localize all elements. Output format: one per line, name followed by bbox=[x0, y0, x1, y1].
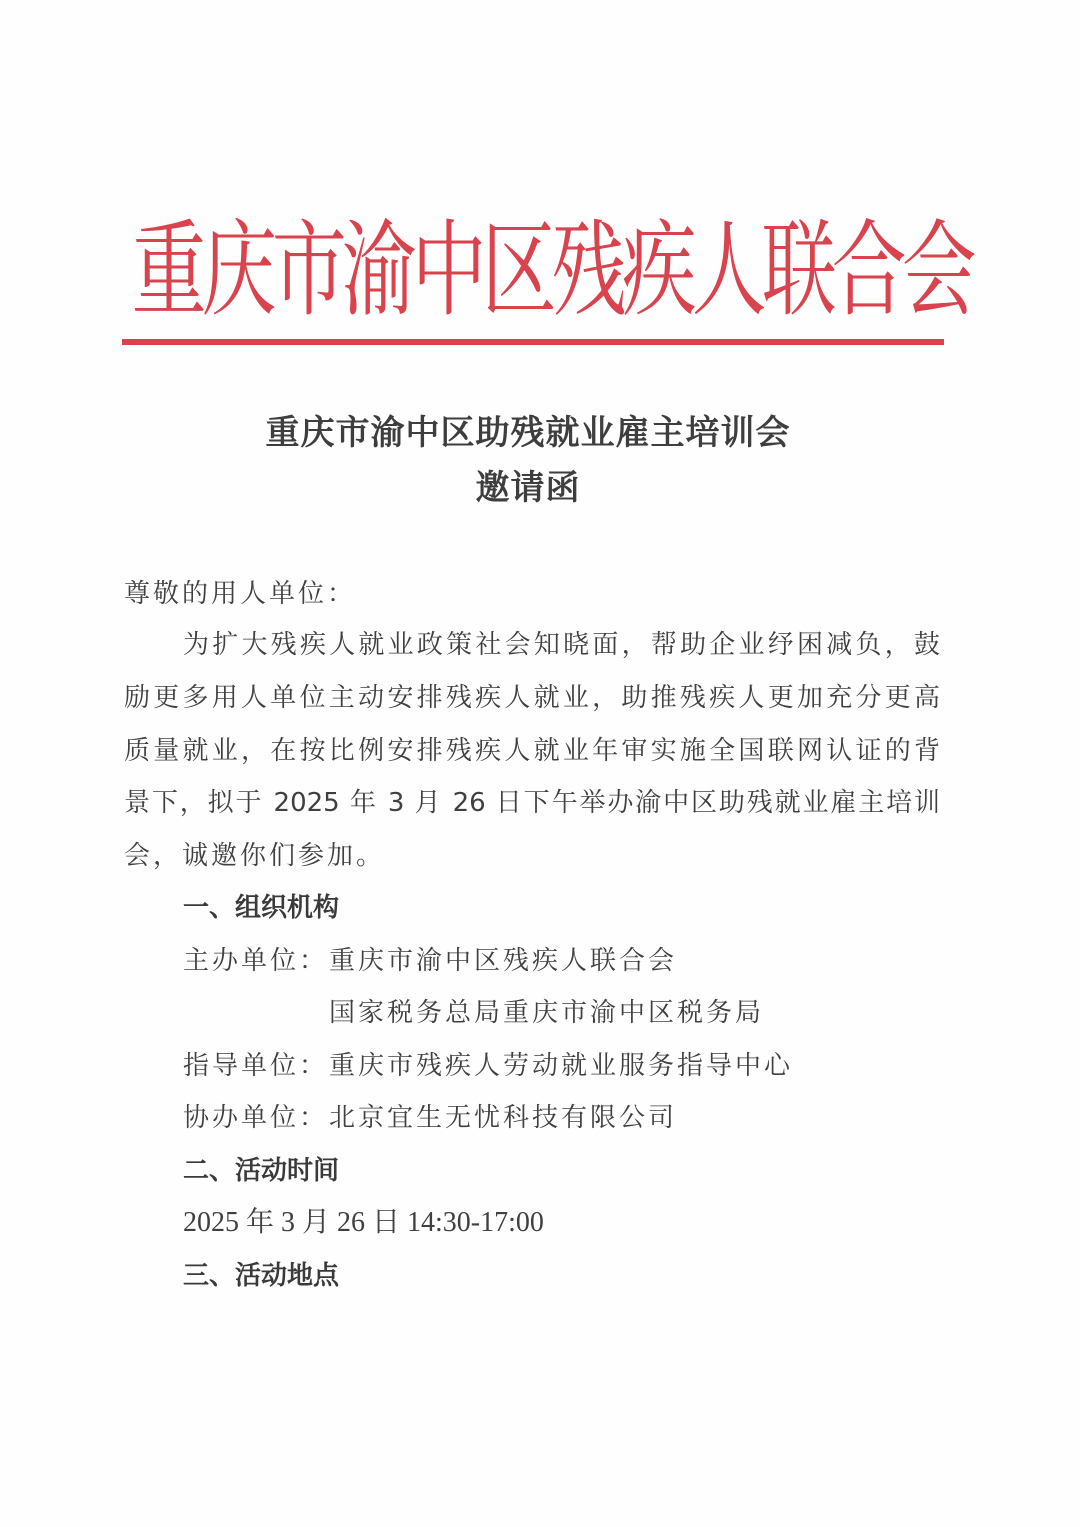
letterhead-char: 残 bbox=[552, 205, 602, 335]
letterhead-char: 疾 bbox=[622, 205, 672, 335]
host-name-secondary: 国家税务总局重庆市渝中区税务局 bbox=[329, 996, 764, 1030]
guide-name: 重庆市残疾人劳动就业服务指导中心 bbox=[329, 1051, 793, 1081]
letterhead-char: 庆 bbox=[202, 205, 252, 335]
guide-row: 指导单位：重庆市残疾人劳动就业服务指导中心 bbox=[183, 1049, 793, 1083]
host-row: 主办单位：重庆市渝中区残疾人联合会 bbox=[183, 944, 677, 978]
paragraph-line: 为扩大残疾人就业政策社会知晓面，帮助企业纾困减负，鼓 bbox=[183, 628, 940, 662]
document-title: 重庆市渝中区助残就业雇主培训会 bbox=[0, 405, 1068, 454]
section-heading-location: 三、活动地点 bbox=[183, 1259, 339, 1293]
letterhead-char: 市 bbox=[272, 205, 322, 335]
letterhead-char: 合 bbox=[832, 205, 882, 335]
host-name: 重庆市渝中区残疾人联合会 bbox=[329, 946, 677, 976]
co-organizer-name: 北京宜生无忧科技有限公司 bbox=[329, 1103, 677, 1133]
paragraph-line: 励更多用人单位主动安排残疾人就业，助推残疾人更加充分更高 bbox=[124, 681, 940, 715]
salutation: 尊敬的用人单位： bbox=[124, 577, 356, 611]
paragraph-line: 景下，拟于 2025 年 3 月 26 日下午举办渝中区助残就业雇主培训 bbox=[124, 786, 940, 820]
letterhead-char: 重 bbox=[132, 205, 182, 335]
co-organizer-label: 协办单位： bbox=[183, 1101, 329, 1135]
guide-label: 指导单位： bbox=[183, 1049, 329, 1083]
paragraph-line: 质量就业，在按比例安排残疾人就业年审实施全国联网认证的背 bbox=[124, 734, 940, 768]
letterhead-char: 会 bbox=[902, 205, 952, 335]
paragraph-line: 会，诚邀你们参加。 bbox=[124, 839, 385, 873]
letterhead-char: 渝 bbox=[342, 205, 392, 335]
letterhead-char: 中 bbox=[412, 205, 462, 335]
document-subtitle: 邀请函 bbox=[0, 460, 1068, 509]
section-heading-organization: 一、组织机构 bbox=[183, 891, 339, 925]
event-time: 2025 年 3 月 26 日 14:30-17:00 bbox=[183, 1206, 544, 1240]
letterhead-title: 重 庆 市 渝 中 区 残 疾 人 联 合 会 bbox=[122, 205, 962, 335]
host-label: 主办单位： bbox=[183, 944, 329, 978]
letterhead-divider bbox=[122, 339, 944, 345]
co-organizer-row: 协办单位：北京宜生无忧科技有限公司 bbox=[183, 1101, 677, 1135]
document-page: 重 庆 市 渝 中 区 残 疾 人 联 合 会 重庆市渝中区助残就业雇主培训会 … bbox=[0, 0, 1080, 1527]
letterhead-char: 联 bbox=[762, 205, 812, 335]
letterhead-char: 人 bbox=[692, 205, 742, 335]
letterhead-char: 区 bbox=[482, 205, 532, 335]
section-heading-time: 二、活动时间 bbox=[183, 1154, 339, 1188]
